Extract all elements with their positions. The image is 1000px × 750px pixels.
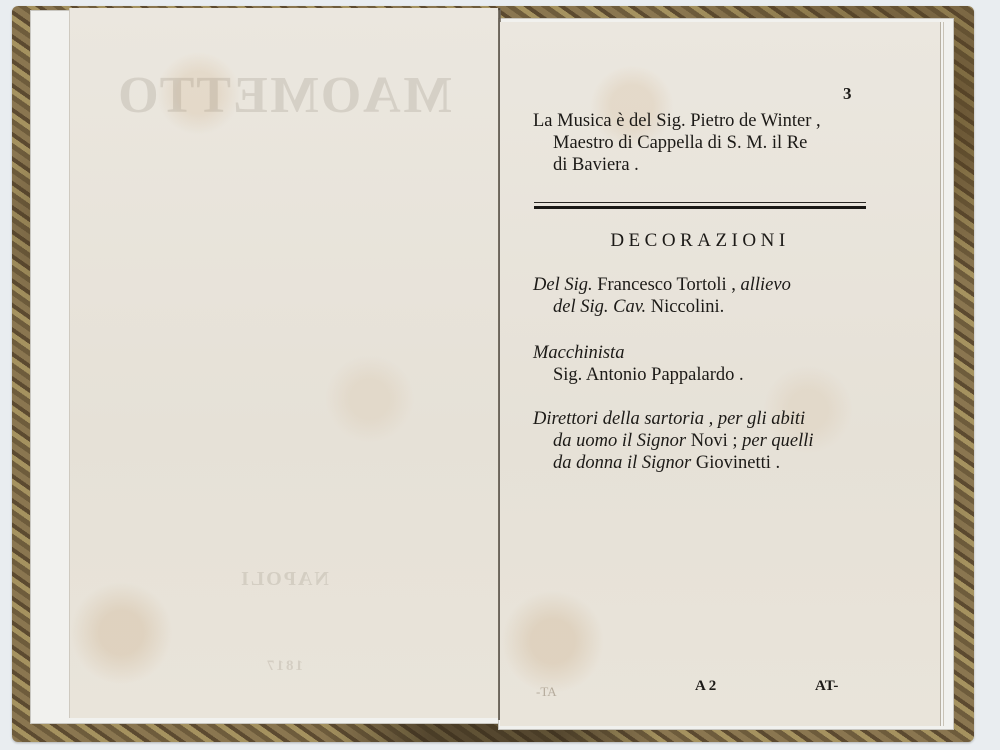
music-credit: La Musica è del Sig. Pietro de Winter , … — [533, 110, 873, 176]
section-heading: DECORAZIONI — [500, 230, 900, 252]
music-credit-line: Maestro di Cappella di S. M. il Re — [533, 132, 873, 154]
left-page: MAOMETTO NAPOLI 1817 — [70, 8, 498, 718]
decorations-credit: Del Sig. Francesco Tortoli , allievo del… — [533, 274, 873, 318]
machinist-credit: Macchinista Sig. Antonio Pappalardo . — [533, 342, 873, 386]
music-credit-line: di Baviera . — [533, 154, 873, 176]
roman-text: Giovinetti . — [691, 453, 780, 473]
bleed-through-line — [70, 120, 498, 134]
bleed-through-year: 1817 — [70, 658, 498, 675]
faint-bleed-mark: -TA — [536, 684, 557, 700]
bleed-through-title: MAOMETTO — [70, 66, 498, 125]
page-number: 3 — [843, 84, 852, 104]
double-rule-top — [534, 202, 866, 203]
italic-text: per quelli — [742, 431, 813, 451]
bleed-through-line — [70, 186, 498, 207]
italic-text: del Sig. Cav. — [553, 297, 646, 317]
catchword: AT- — [815, 678, 838, 695]
roman-text: Novi ; — [686, 431, 742, 451]
wardrobe-credit: Direttori della sartoria , per gli abiti… — [533, 408, 878, 474]
signature-mark: A 2 — [695, 678, 716, 695]
music-credit-line: La Musica è del Sig. Pietro de Winter , — [533, 111, 821, 131]
machinist-label: Macchinista — [533, 343, 624, 363]
italic-text: allievo — [740, 275, 790, 295]
bleed-through-place: NAPOLI — [70, 568, 498, 591]
italic-text: da uomo il Signor — [553, 431, 686, 451]
right-page: 3 La Musica è del Sig. Pietro de Winter … — [500, 22, 940, 726]
machinist-name: Sig. Antonio Pappalardo . — [533, 364, 873, 386]
italic-text: da donna il Signor — [553, 453, 691, 473]
roman-text: Niccolini. — [646, 297, 724, 317]
roman-text: Francesco Tortoli , — [593, 275, 741, 295]
wardrobe-line: Direttori della sartoria , per gli abiti — [533, 409, 805, 429]
italic-text: Del Sig. — [533, 275, 593, 295]
double-rule-bottom — [534, 206, 866, 209]
